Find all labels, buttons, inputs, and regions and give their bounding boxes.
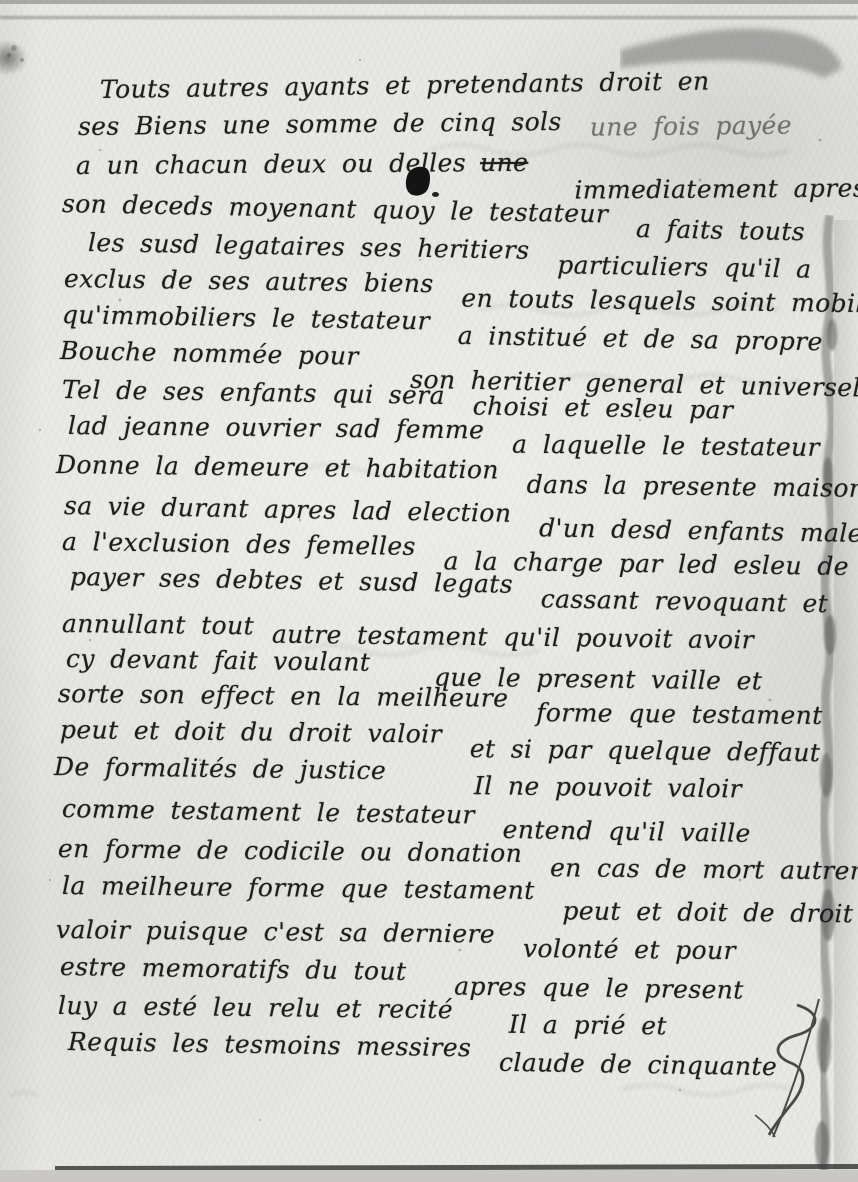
manuscript-line: ses Biens une somme de cinq solsune fois… xyxy=(78,106,792,142)
line-text-continued: cassant revoquant et xyxy=(540,585,828,619)
manuscript-line: valoir puisque c'est sa dernierevolonté … xyxy=(56,916,736,952)
line-text: sorte son effect en la meilheure xyxy=(58,680,509,713)
line-text: estre memoratifs du tout xyxy=(60,953,407,987)
line-text: son deceds moyenant quoy le testateur xyxy=(62,190,609,229)
line-text-continued: claude de cinquante xyxy=(499,1049,778,1082)
manuscript-line: Requis les tesmoins messiresclaude de ci… xyxy=(68,1028,778,1068)
line-text: peut et doit du droit valoir xyxy=(60,716,442,749)
top-fold-mark xyxy=(0,16,858,19)
line-text: comme testament le testateur xyxy=(62,795,475,830)
line-text: Touts autres ayants et pretendants droit… xyxy=(100,67,710,104)
line-text: Requis les tesmoins messires xyxy=(68,1028,472,1063)
line-text-continued: Il ne pouvoit valoir xyxy=(474,772,742,804)
line-text: Bouche nommée pour xyxy=(60,337,359,371)
line-text: valoir puisque c'est sa derniere xyxy=(56,916,495,949)
ink-blot-dot xyxy=(432,192,439,197)
line-text: sa vie durant apres lad election xyxy=(64,492,512,529)
line-text: ses Biens une somme de cinq sols xyxy=(78,108,562,142)
line-text: annullant tout xyxy=(62,610,254,641)
line-text: cy devant fait voulant xyxy=(66,645,371,677)
line-text-continued: dans la presente maison xyxy=(527,471,858,504)
line-text: qu'immobiliers le testateur xyxy=(62,301,430,336)
manuscript-line: a un chacun deux ou dellesuneimmediateme… xyxy=(76,146,858,180)
manuscript-page: Touts autres ayants et pretendants droit… xyxy=(0,0,858,1182)
line-text: la meilheure forme que testament xyxy=(62,872,535,906)
line-text: lad jeanne ouvrier sad femme xyxy=(68,412,485,445)
line-text: luy a esté leu relu et recité xyxy=(58,992,453,1025)
line-text: Donne la demeure et habitation xyxy=(56,451,499,485)
line-text: a l'exclusion des femelles xyxy=(62,528,416,562)
line-text: De formalités de justice xyxy=(54,753,386,786)
manuscript-line: luy a esté leu relu et recitéIl a prié e… xyxy=(58,992,667,1027)
line-text-continued: une fois payée xyxy=(590,112,793,143)
line-text: payer ses debtes et susd legats xyxy=(70,563,513,599)
struck-word: une xyxy=(480,149,528,178)
line-text: les susd legataires ses heritiers xyxy=(88,229,530,265)
bottom-margin xyxy=(0,1170,858,1182)
line-text: exclus de ses autres biens xyxy=(64,265,434,299)
line-text: en forme de codicile ou donation xyxy=(58,835,523,869)
left-edge-stain xyxy=(0,40,28,76)
manuscript-line: Touts autres ayants et pretendants droit… xyxy=(100,67,710,104)
top-edge-shadow xyxy=(0,0,858,4)
line-text: Tel de ses enfants qui sera xyxy=(62,376,445,411)
